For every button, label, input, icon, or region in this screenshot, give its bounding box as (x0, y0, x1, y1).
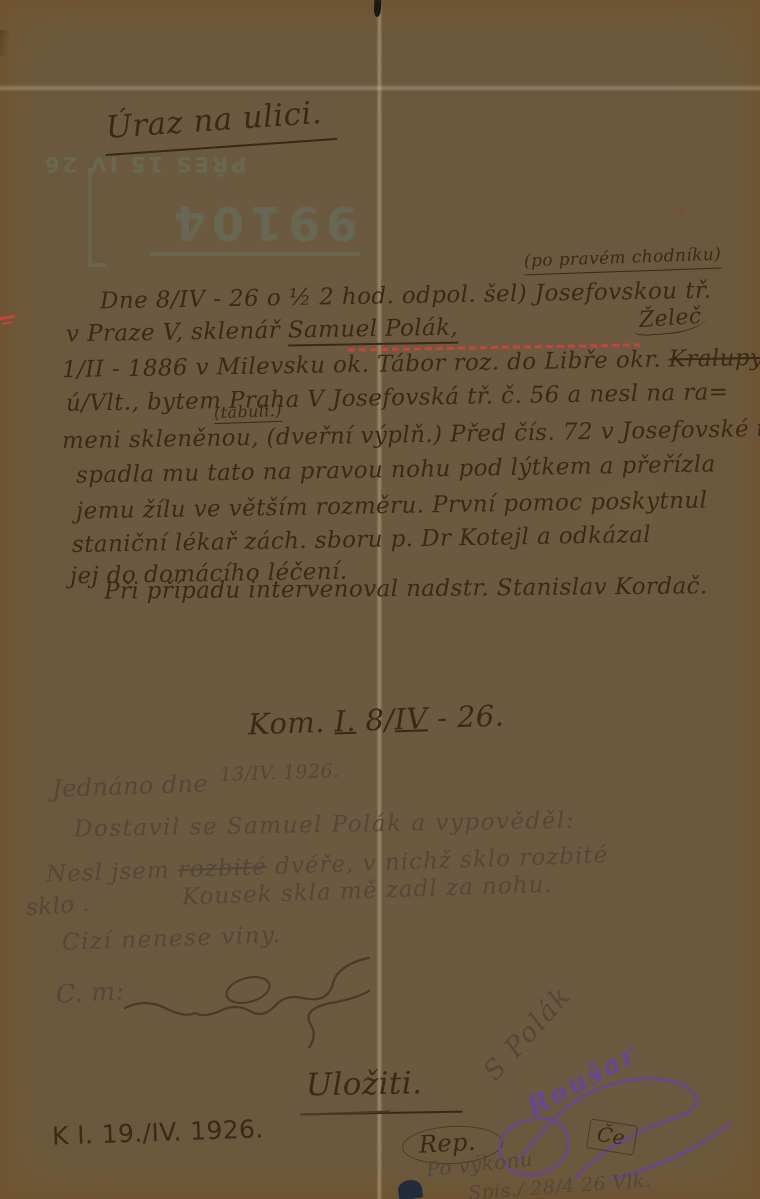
inserted-phrase-top: (po pravém chodníku) (524, 245, 722, 276)
report-line-3: 1/II - 1886 v Milevsku ok. Tábor roz. do… (62, 345, 760, 383)
report-line-4: ú/Vlt., bytem Praha V Josefovská tř. č. … (66, 379, 729, 417)
statement-line-2-post: dvéře, v nichž sklo rozbité (266, 842, 608, 880)
commission-mid: 8/ (355, 702, 395, 737)
red-margin-mark (2, 321, 12, 325)
commission-pre: Kom. (247, 704, 334, 741)
report-line-2: v Praze V, sklenář Samuel Polák, (66, 315, 459, 348)
official-signature-flourish (120, 948, 370, 1048)
hearing-heading-date: 13/IV. 1926. (219, 760, 339, 786)
bottom-left-date: K I. 19./IV. 1926. (52, 1114, 265, 1150)
scanned-document-page: PŘES 15 IV 26 99104 Úraz na ulici. (po p… (0, 0, 760, 1199)
report-line-7: jemu žílu ve větším rozměru. První pomoc… (76, 487, 708, 524)
statement-struck-word: rozbité (178, 854, 268, 883)
horizontal-fold-crease (0, 84, 760, 94)
commission-month: IV (394, 701, 428, 736)
inserted-word-tabuli: (tabuli.) (214, 401, 283, 424)
official-initials: C. m: (55, 976, 125, 1009)
hearing-heading-text: Jednáno dne (52, 769, 217, 803)
report-line-10: Při případu intervenoval nadstr. Stanisl… (104, 573, 708, 604)
red-margin-mark (0, 315, 15, 321)
resolution-uloziti: Uložiti. (302, 1065, 463, 1116)
report-line-3-text: 1/II - 1886 v Milevsku ok. Tábor roz. do… (62, 347, 669, 384)
paper-stain (676, 208, 686, 216)
commission-date-line: Kom. I. 8/IV - 26. (247, 699, 504, 742)
document-title: Úraz na ulici. (103, 94, 338, 156)
report-line-8: staniční lékař zách. sboru p. Dr Kotejl … (72, 522, 651, 558)
bottom-edge-ink-blob (397, 1178, 423, 1199)
report-line-1: Dne 8/IV - 26 o ½ 2 hod. odpol. šel) Jos… (100, 278, 712, 315)
report-line-6: spadla mu tato na pravou nohu pod lýtkem… (76, 451, 716, 488)
hearing-heading: Jednáno dne 13/IV. 1926. (52, 765, 337, 803)
left-edge-dark-mark (0, 30, 10, 56)
statement-line-2-pre: Nesl jsem (46, 857, 179, 888)
commission-post: - 26. (427, 699, 505, 736)
commission-number: I. (334, 704, 357, 739)
statement-margin-word: sklo . (25, 891, 91, 921)
correction-word: Želeč (632, 303, 708, 336)
underlined-name: Samuel Polák, (288, 315, 459, 347)
ghost-stamp-date: PŘES 15 IV 26 (42, 152, 246, 176)
ghost-stamp-bracket (88, 168, 106, 267)
struck-word: Kralupy (669, 345, 760, 373)
report-line-5: meni skleněnou, (dveřní výplň.) Před čís… (62, 416, 760, 455)
ghost-stamp-number: 99104 (168, 196, 358, 250)
report-line-2-text: v Praze V, sklenář (66, 318, 288, 348)
statement-line-1: Dostavil se Samuel Polák a vypověděl: (74, 808, 575, 843)
ghost-stamp-rule (150, 252, 360, 256)
